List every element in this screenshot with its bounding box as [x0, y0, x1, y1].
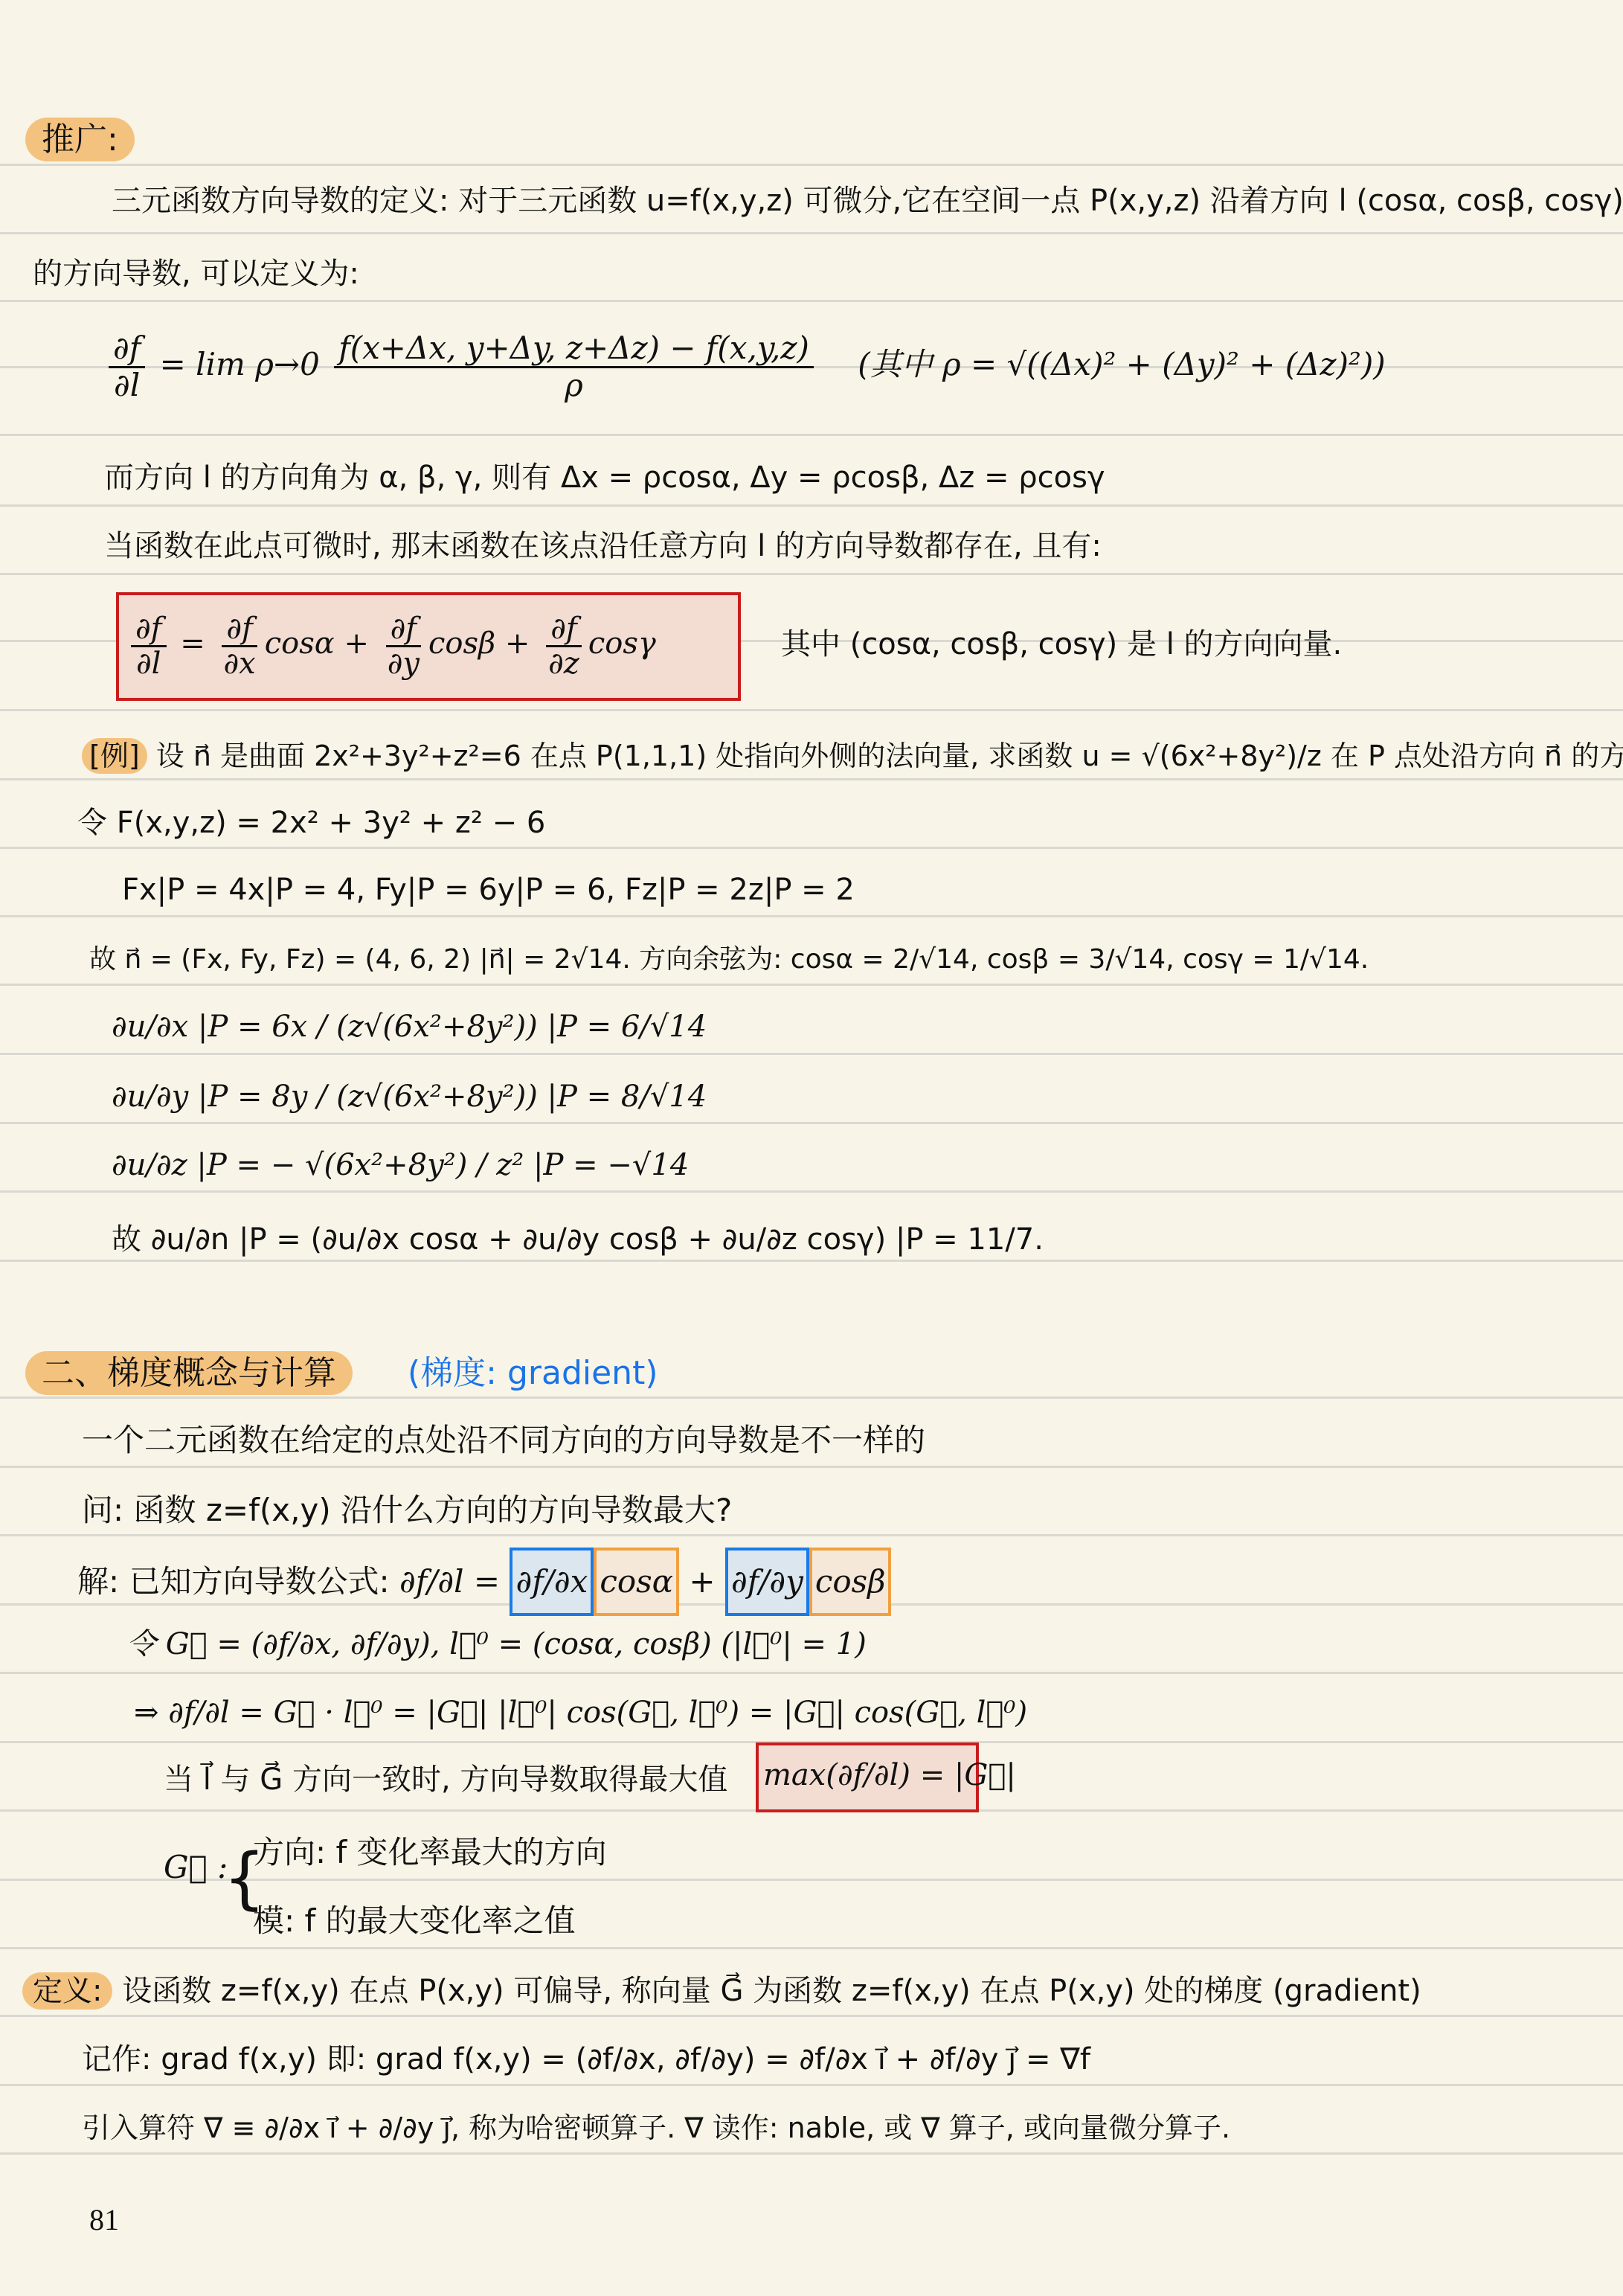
gradient-intro: 一个二元函数在给定的点处沿不同方向的方向导数是不一样的 — [82, 1418, 925, 1463]
definition-tag: 定义: — [22, 1972, 112, 2010]
section-heading-extension: 推广: — [25, 118, 135, 162]
example-step-2: Fx|P = 4x|P = 4, Fy|P = 6y|P = 6, Fz|P =… — [122, 868, 855, 912]
heading-highlight: 推广: — [25, 118, 135, 161]
definition-line-2: 的方向导数, 可以定义为: — [33, 251, 359, 296]
rule-line — [0, 232, 1623, 234]
rule-line — [0, 984, 1623, 986]
gradient-vector-definition: 令 G⃗ = (∂f/∂x, ∂f/∂y), l⃗⁰ = (cosα, cosβ… — [126, 1622, 867, 1667]
rule-line — [0, 1947, 1623, 1949]
difference-quotient: f(x+Δx, y+Δy, z+Δz) − f(x,y,z) ρ — [334, 331, 814, 402]
rule-line — [0, 1534, 1623, 1536]
nabla-operator: 引入算符 ∇ ≡ ∂/∂x i⃗ + ∂/∂y j⃗, 称为哈密顿算子. ∇ 读… — [82, 2106, 1230, 2150]
gradient-definition: 定义: 设函数 z=f(x,y) 在点 P(x,y) 可偏导, 称向量 G⃗ 为… — [22, 1969, 1421, 2013]
direction-angle-line: 而方向 l 的方向角为 α, β, γ, 则有 Δx = ρcosα, Δy =… — [104, 455, 1105, 500]
rule-line — [0, 573, 1623, 575]
limit-operator: = lim ρ→0 — [160, 346, 320, 382]
rule-line — [0, 2152, 1623, 2155]
rho-note: (其中 ρ = √((Δx)² + (Δy)² + (Δz)²)) — [858, 346, 1385, 382]
section-heading-gradient: 二、梯度概念与计算 (梯度: gradient) — [25, 1351, 658, 1396]
rule-line — [0, 778, 1623, 780]
rule-line — [0, 1122, 1623, 1124]
rule-line — [0, 2084, 1623, 2086]
gradient-solution: 解: 已知方向导数公式: ∂f/∂l = ∂f/∂xcosα + ∂f/∂yco… — [77, 1548, 891, 1616]
partial-x-box: ∂f/∂x — [510, 1548, 594, 1616]
example-problem: [例] 设 n⃗ 是曲面 2x²+3y²+z²=6 在点 P(1,1,1) 处指… — [82, 734, 1623, 778]
cos-alpha-box: cosα — [594, 1548, 679, 1616]
rule-line — [0, 1190, 1623, 1193]
brace-item-magnitude: 模: f 的最大变化率之值 — [253, 1899, 576, 1943]
formula-note: 其中 (cosα, cosβ, cosγ) 是 l 的方向向量. — [781, 622, 1342, 667]
brace-item-direction: 方向: f 变化率最大的方向 — [253, 1830, 607, 1875]
rule-line — [0, 300, 1623, 302]
example-step-3: 故 n⃗ = (Fx, Fy, Fz) = (4, 6, 2) |n⃗| = 2… — [89, 937, 1369, 982]
max-value-formula: max(∂f/∂l) = |G⃗| — [763, 1753, 1016, 1798]
rule-line — [0, 709, 1623, 711]
rule-line — [0, 2015, 1623, 2017]
definition-line-1: 三元函数方向导数的定义: 对于三元函数 u=f(x,y,z) 可微分,它在空间一… — [112, 179, 1623, 223]
directional-derivative-formula: ∂f∂l = ∂f∂xcosα + ∂f∂ycosβ + ∂f∂zcosγ — [126, 595, 656, 692]
gradient-question: 问: 函数 z=f(x,y) 沿什么方向的方向导数最大? — [82, 1488, 732, 1533]
example-step-1: 令 F(x,y,z) = 2x² + 3y² + z² − 6 — [77, 801, 545, 845]
rule-line — [0, 915, 1623, 917]
rule-line — [0, 434, 1623, 436]
brace-label: G⃗ : — [164, 1845, 228, 1890]
cos-beta-box: cosβ — [809, 1548, 892, 1616]
max-condition: 当 l⃗ 与 G⃗ 方向一致时, 方向导数取得最大值 — [164, 1757, 727, 1802]
rule-line — [0, 1672, 1623, 1674]
gradient-annotation: (梯度: gradient) — [408, 1354, 658, 1392]
partial-y-box: ∂f/∂y — [725, 1548, 809, 1616]
gradient-notation: 记作: grad f(x,y) 即: grad f(x,y) = (∂f/∂x,… — [82, 2037, 1090, 2082]
lhs-partial: ∂f∂l — [109, 331, 145, 402]
example-tag: [例] — [82, 738, 147, 774]
dot-product-derivation: ⇒ ∂f/∂l = G⃗ · l⃗⁰ = |G⃗| |l⃗⁰| cos(G⃗, … — [134, 1690, 1027, 1735]
rule-line — [0, 1466, 1623, 1468]
rule-line — [0, 504, 1623, 507]
rule-line — [0, 164, 1623, 166]
rule-line — [0, 847, 1623, 849]
rule-line — [0, 1053, 1623, 1055]
partial-u-y: ∂u/∂y |P = 8y / (z√(6x²+8y²)) |P = 8/√14 — [112, 1074, 707, 1119]
example-conclusion: 故 ∂u/∂n |P = (∂u/∂x cosα + ∂u/∂y cosβ + … — [112, 1217, 1044, 1262]
rule-line — [0, 1396, 1623, 1399]
differentiable-line: 当函数在此点可微时, 那末函数在该点沿任意方向 l 的方向导数都存在, 且有: — [104, 524, 1102, 568]
partial-u-x: ∂u/∂x |P = 6x / (z√(6x²+8y²)) |P = 6/√14 — [112, 1004, 707, 1049]
heading-highlight: 二、梯度概念与计算 — [25, 1351, 353, 1395]
page-number: 81 — [89, 2202, 119, 2237]
partial-u-z: ∂u/∂z |P = − √(6x²+8y²) / z² |P = −√14 — [112, 1143, 689, 1187]
limit-definition-formula: ∂f∂l = lim ρ→0 f(x+Δx, y+Δy, z+Δz) − f(x… — [104, 320, 1386, 409]
